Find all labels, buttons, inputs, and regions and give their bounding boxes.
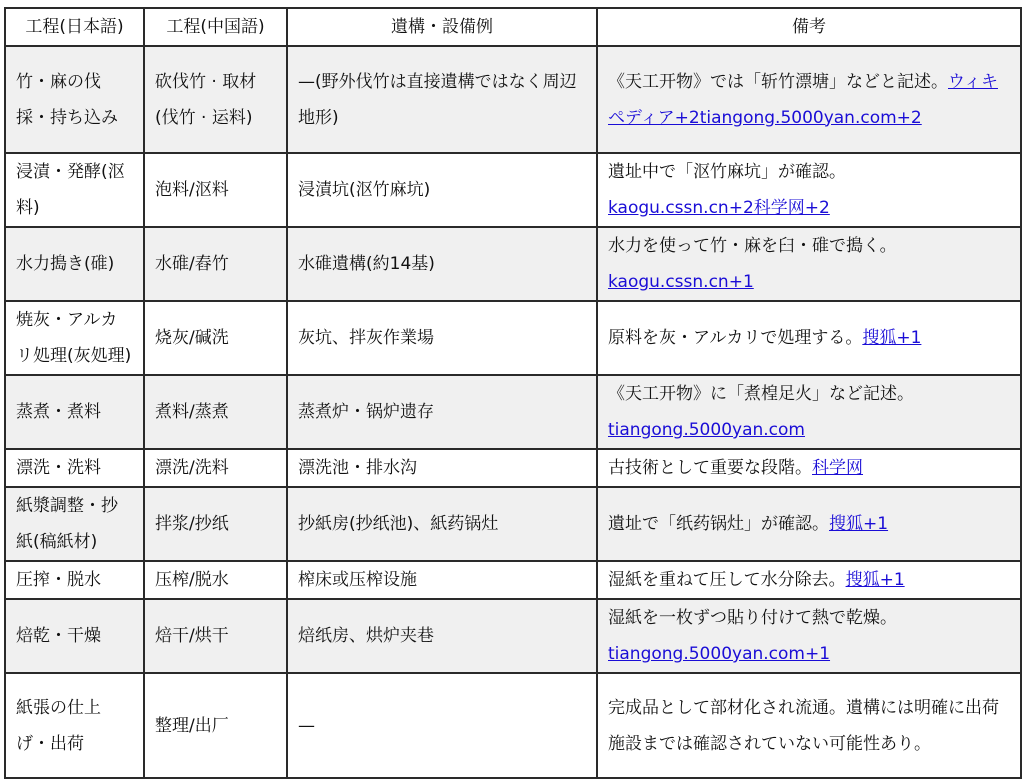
header-notes: 備考 bbox=[597, 8, 1021, 46]
table-row: 紙張の仕上げ・出荷 整理/出厂 — 完成品として部材化され流通。遺構には明確に出… bbox=[5, 673, 1021, 778]
header-remains: 遺構・設備例 bbox=[287, 8, 597, 46]
table-row: 竹・麻の伐採・持ち込み 砍伐竹 · 取材(伐竹 · 运料) —(野外伐竹は直接遺… bbox=[5, 46, 1021, 153]
cell-process-ja: 紙漿調整・抄紙(稿紙材) bbox=[5, 487, 144, 561]
cell-remains: 水碓遺構(約14基) bbox=[287, 227, 597, 301]
cell-process-zh: 焙干/烘干 bbox=[144, 599, 287, 673]
table-row: 圧搾・脱水 压榨/脱水 榨床或压榨设施 湿紙を重ねて圧して水分除去。搜狐+1 bbox=[5, 561, 1021, 599]
cell-process-zh: 煮料/蒸煮 bbox=[144, 375, 287, 449]
table-row: 蒸煮・煮料 煮料/蒸煮 蒸煮炉・锅炉遗存 《天工开物》に「煮楻足火」など記述。t… bbox=[5, 375, 1021, 449]
cell-notes: 水力を使って竹・麻を臼・碓で搗く。kaogu.cssn.cn+1 bbox=[597, 227, 1021, 301]
cell-notes: 完成品として部材化され流通。遺構には明確に出荷施設までは確認されていない可能性あ… bbox=[597, 673, 1021, 778]
cell-remains: — bbox=[287, 673, 597, 778]
cell-notes: 遺址で「纸药锅灶」が確認。搜狐+1 bbox=[597, 487, 1021, 561]
cell-process-zh: 漂洗/洗料 bbox=[144, 449, 287, 487]
cell-process-ja: 紙張の仕上げ・出荷 bbox=[5, 673, 144, 778]
source-link[interactable]: tiangong.5000yan.com bbox=[608, 420, 805, 440]
note-text: 水力を使って竹・麻を臼・碓で搗く。 bbox=[608, 236, 897, 256]
cell-remains: 抄紙房(抄纸池)、紙药锅灶 bbox=[287, 487, 597, 561]
cell-remains: —(野外伐竹は直接遺構ではなく周辺地形) bbox=[287, 46, 597, 153]
cell-process-ja: 焙乾・干燥 bbox=[5, 599, 144, 673]
source-link[interactable]: 科学网 bbox=[812, 458, 863, 478]
cell-notes: 原料を灰・アルカリで処理する。搜狐+1 bbox=[597, 301, 1021, 375]
header-process-zh: 工程(中国語) bbox=[144, 8, 287, 46]
cell-notes: 古技術として重要な段階。科学网 bbox=[597, 449, 1021, 487]
cell-notes: 湿紙を重ねて圧して水分除去。搜狐+1 bbox=[597, 561, 1021, 599]
cell-process-ja: 圧搾・脱水 bbox=[5, 561, 144, 599]
table-row: 紙漿調整・抄紙(稿紙材) 拌浆/抄纸 抄紙房(抄纸池)、紙药锅灶 遺址で「纸药锅… bbox=[5, 487, 1021, 561]
cell-remains: 浸漬坑(沤竹麻坑) bbox=[287, 153, 597, 227]
source-link[interactable]: 搜狐+1 bbox=[862, 328, 921, 348]
cell-process-zh: 泡料/沤料 bbox=[144, 153, 287, 227]
source-link[interactable]: 搜狐+1 bbox=[846, 570, 905, 590]
note-text: 遺址で「纸药锅灶」が確認。 bbox=[608, 514, 829, 534]
cell-process-ja: 蒸煮・煮料 bbox=[5, 375, 144, 449]
cell-remains: 蒸煮炉・锅炉遗存 bbox=[287, 375, 597, 449]
cell-remains: 漂洗池・排水沟 bbox=[287, 449, 597, 487]
source-link[interactable]: tiangong.5000yan.com+1 bbox=[608, 644, 830, 664]
cell-process-zh: 压榨/脱水 bbox=[144, 561, 287, 599]
note-text: 《天工开物》では「斩竹漂塘」などと記述。 bbox=[608, 72, 948, 92]
note-text: 《天工开物》に「煮楻足火」など記述。 bbox=[608, 384, 914, 404]
cell-notes: 遺址中で「沤竹麻坑」が確認。kaogu.cssn.cn+2科学网+2 bbox=[597, 153, 1021, 227]
cell-process-ja: 水力搗き(碓) bbox=[5, 227, 144, 301]
cell-notes: 《天工开物》に「煮楻足火」など記述。tiangong.5000yan.com bbox=[597, 375, 1021, 449]
table-row: 水力搗き(碓) 水碓/舂竹 水碓遺構(約14基) 水力を使って竹・麻を臼・碓で搗… bbox=[5, 227, 1021, 301]
header-row: 工程(日本語) 工程(中国語) 遺構・設備例 備考 bbox=[5, 8, 1021, 46]
header-process-ja: 工程(日本語) bbox=[5, 8, 144, 46]
cell-process-ja: 焼灰・アルカリ処理(灰処理) bbox=[5, 301, 144, 375]
note-text: 完成品として部材化され流通。遺構には明確に出荷施設までは確認されていない可能性あ… bbox=[608, 698, 999, 754]
source-link[interactable]: 搜狐+1 bbox=[829, 514, 888, 534]
papermaking-process-table: 工程(日本語) 工程(中国語) 遺構・設備例 備考 竹・麻の伐採・持ち込み 砍伐… bbox=[4, 7, 1022, 779]
cell-process-zh: 水碓/舂竹 bbox=[144, 227, 287, 301]
note-text: 古技術として重要な段階。 bbox=[608, 458, 812, 478]
cell-notes: 湿紙を一枚ずつ貼り付けて熱で乾燥。tiangong.5000yan.com+1 bbox=[597, 599, 1021, 673]
note-text: 湿紙を一枚ずつ貼り付けて熱で乾燥。 bbox=[608, 608, 897, 628]
note-text: 原料を灰・アルカリで処理する。 bbox=[608, 328, 862, 348]
cell-remains: 焙纸房、烘炉夹巷 bbox=[287, 599, 597, 673]
note-text: 遺址中で「沤竹麻坑」が確認。 bbox=[608, 162, 846, 182]
table-row: 漂洗・洗料 漂洗/洗料 漂洗池・排水沟 古技術として重要な段階。科学网 bbox=[5, 449, 1021, 487]
source-link[interactable]: kaogu.cssn.cn+1 bbox=[608, 272, 754, 292]
cell-notes: 《天工开物》では「斩竹漂塘」などと記述。ウィキペディア+2tiangong.50… bbox=[597, 46, 1021, 153]
note-text: 湿紙を重ねて圧して水分除去。 bbox=[608, 570, 846, 590]
cell-remains: 榨床或压榨设施 bbox=[287, 561, 597, 599]
table-row: 浸漬・発酵(沤料) 泡料/沤料 浸漬坑(沤竹麻坑) 遺址中で「沤竹麻坑」が確認。… bbox=[5, 153, 1021, 227]
source-link[interactable]: kaogu.cssn.cn+2科学网+2 bbox=[608, 198, 830, 218]
table-row: 焙乾・干燥 焙干/烘干 焙纸房、烘炉夹巷 湿紙を一枚ずつ貼り付けて熱で乾燥。ti… bbox=[5, 599, 1021, 673]
cell-process-zh: 烧灰/碱洗 bbox=[144, 301, 287, 375]
cell-process-zh: 砍伐竹 · 取材(伐竹 · 运料) bbox=[144, 46, 287, 153]
table-row: 焼灰・アルカリ処理(灰処理) 烧灰/碱洗 灰坑、拌灰作業場 原料を灰・アルカリで… bbox=[5, 301, 1021, 375]
cell-process-zh: 整理/出厂 bbox=[144, 673, 287, 778]
cell-process-ja: 浸漬・発酵(沤料) bbox=[5, 153, 144, 227]
cell-process-ja: 竹・麻の伐採・持ち込み bbox=[5, 46, 144, 153]
cell-remains: 灰坑、拌灰作業場 bbox=[287, 301, 597, 375]
cell-process-zh: 拌浆/抄纸 bbox=[144, 487, 287, 561]
cell-process-ja: 漂洗・洗料 bbox=[5, 449, 144, 487]
